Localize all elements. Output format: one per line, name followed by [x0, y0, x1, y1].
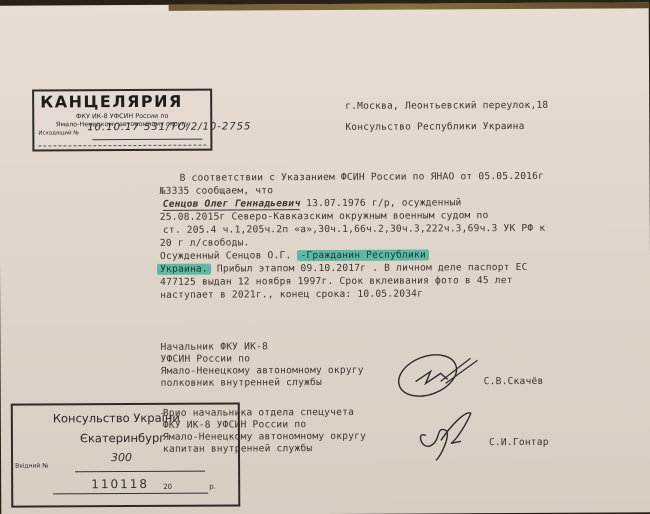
citizenship-highlight: Украина. [157, 264, 211, 275]
outgoing-label: Исходящий № [38, 130, 79, 136]
body-line: Осужденный Сенцов О.Г. -Гражданин Респуб… [160, 249, 429, 261]
stamp-title: КАНЦЕЛЯРИЯ [40, 92, 183, 112]
stamp-underline [53, 493, 208, 495]
signature-icon [385, 343, 485, 404]
chancellery-stamp: КАНЦЕЛЯРИЯ ФКУ ИК-8 УФСИН России по Ямал… [32, 89, 212, 152]
prisoner-name: Сенцов Олег Геннадьевич [163, 198, 301, 211]
consulate-stamp: Консульство України Єкатеринбург Вхідний… [11, 402, 241, 507]
signatory1-name: С.В.Скачёв [484, 376, 544, 387]
incoming-date: 110118 [91, 477, 149, 491]
stamp-underline [75, 471, 205, 473]
body-line: ст. 205.4 ч.1,205ч.2п «а»,30ч.1,66ч.2,30… [163, 223, 546, 236]
signatory1-line: Ямало-Ненецкому автономному округу [161, 365, 364, 377]
outgoing-number: 10.10.17 531/ТО/2/10-2755 [87, 121, 251, 133]
document-page: КАНЦЕЛЯРИЯ ФКУ ИК-8 УФСИН России по Ямал… [0, 2, 650, 514]
incoming-label: Вхідний № [15, 462, 48, 469]
signatory1-line: Начальник ФКУ ИК-8 [160, 341, 268, 353]
signature-icon [411, 405, 481, 465]
body-line: 20 г л/свободы. [160, 237, 250, 248]
stamp-underline [38, 145, 206, 147]
body-line: №3335 сообщаем, что [160, 185, 274, 197]
arrival-text: Прибыл этапом 09.10.2017г . В личном дел… [211, 262, 528, 275]
body-line: В соответствии с Указанием ФСИН России п… [180, 171, 545, 184]
signatory2-name: С.И.Гонтар [489, 437, 549, 448]
signatory1-line: УФСИН России по [160, 353, 250, 364]
body-line: наступает в 2021г., конец срока: 10.05.2… [160, 288, 423, 300]
incoming-number: 300 [111, 451, 132, 464]
convict-text: Осужденный Сенцов О.Г. [160, 250, 298, 262]
year-prefix: 20 [163, 483, 172, 491]
address: г.Москва, Леонтьевский переулок,18 [345, 100, 548, 112]
year-suffix: р. [209, 483, 216, 491]
body-line: Сенцов Олег Геннадьевич 13.07.1976 г/р, … [163, 197, 462, 210]
body-line: Украина. Прибыл этапом 09.10.2017г . В л… [157, 262, 528, 275]
citizenship-highlight: -Гражданин Республики [297, 249, 429, 261]
background-strip [169, 2, 649, 11]
body-line: 25.08.2015г Северо-Кавказским окружным в… [160, 210, 489, 223]
stamp-line: Консульство України [53, 411, 180, 426]
birth-info: 13.07.1976 г/р, осужденный [300, 197, 461, 209]
stamp-line: Єкатеринбург [80, 431, 165, 445]
recipient: Консульство Республики Украина [345, 121, 524, 133]
body-line: 477125 выдан 12 ноября 1997г. Срок вклеи… [160, 275, 513, 288]
stamp-underline [92, 139, 202, 141]
signatory1-line: полковник внутренней службы [161, 377, 322, 389]
